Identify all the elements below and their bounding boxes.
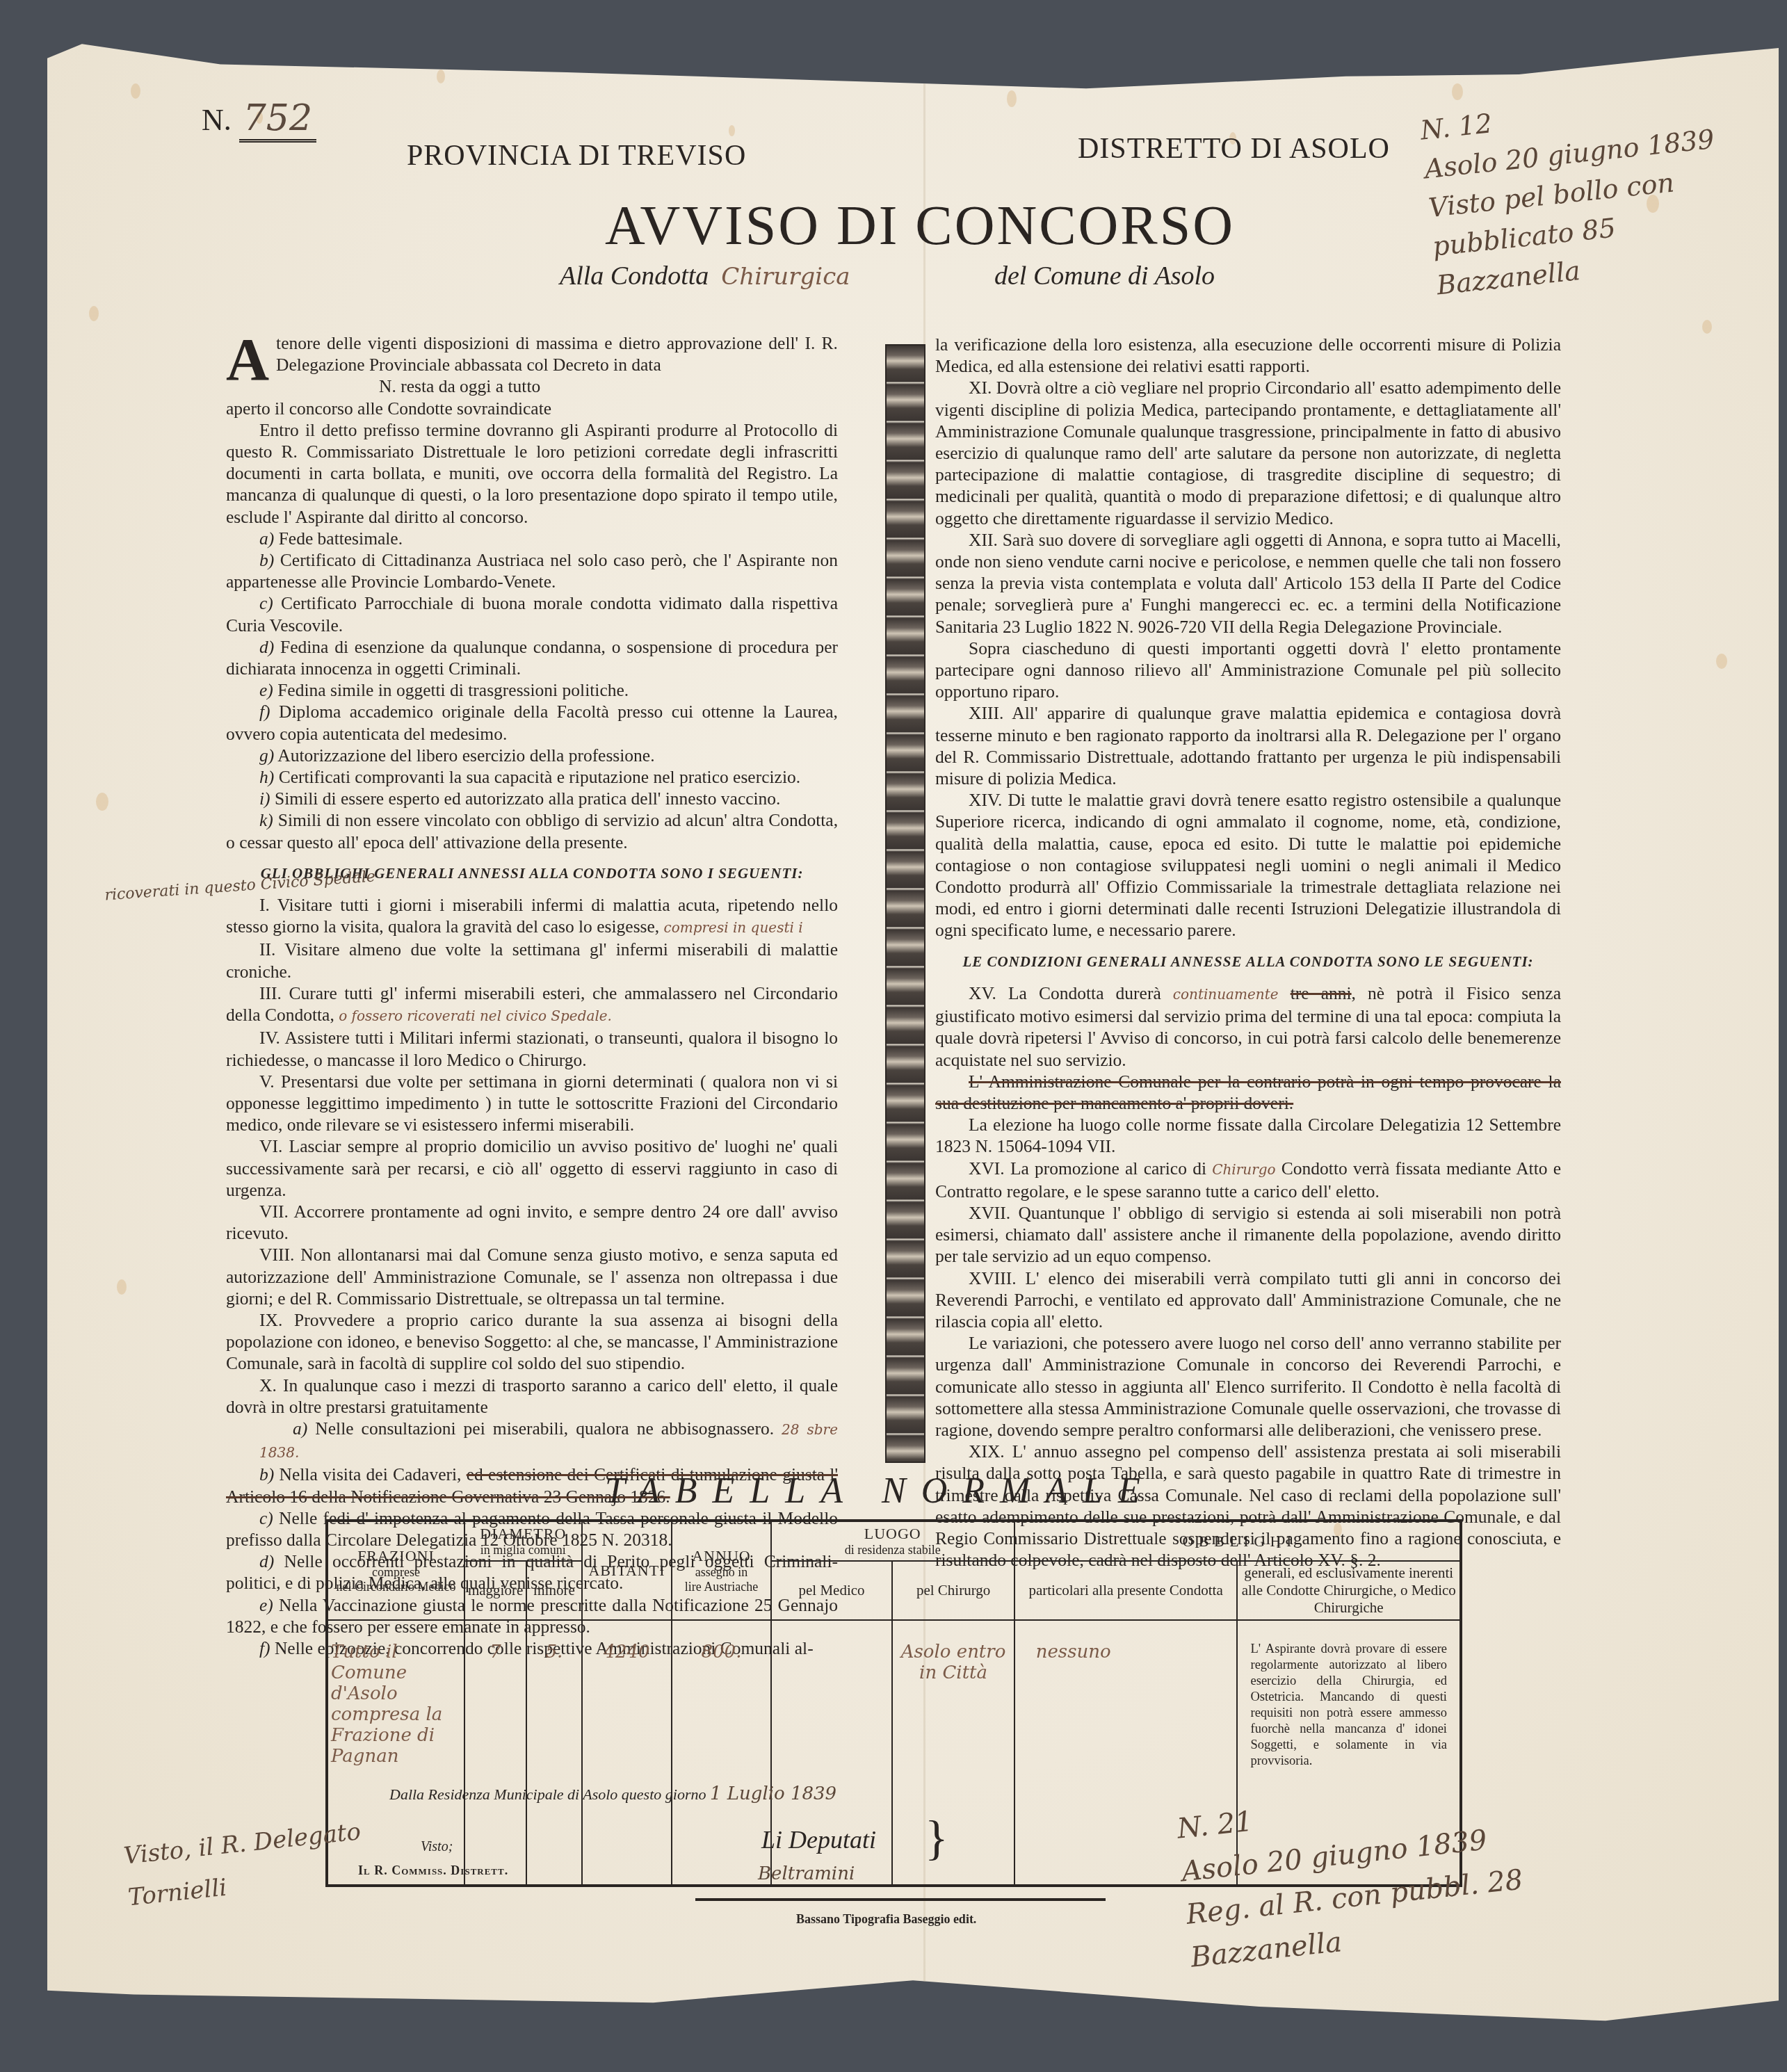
obbligo-item: I. Visitare tutti i giorni i miserabili … [226,894,838,939]
intro-paragraph: Atenore delle vigenti disposizioni di ma… [226,332,838,375]
col-annuo: ANNUO assegno in lire Austriache [672,1521,770,1620]
obbligo-item: IV. Assistere tutti i Militari infermi s… [226,1027,838,1070]
deputati-label: Li Deputati [761,1825,876,1854]
condizione-item: XVI. La promozione al carico di Chirurgo… [935,1158,1561,1202]
obbligo-item: V. Presentarsi due volte per settimana i… [226,1071,838,1136]
obbligo-item: XI. Dovrà oltre a ciò vegliare nel propr… [935,377,1561,528]
cell-pel-chirurgo: Asolo entro in Città [892,1620,1014,1886]
condizioni-heading: LE CONDIZIONI GENERALI ANNESSE ALLA COND… [935,951,1561,973]
commissario-label: Il R. Commiss. Distrett. [358,1863,508,1878]
handwritten-annotation: o fossero ricoverati nel civico Spedale. [339,1007,612,1024]
handwritten-annotation: compresi in questi i [664,919,803,936]
doc-item: g) Autorizzazione del libero esercizio d… [226,745,838,766]
printer-imprint: Bassano Tipografia Baseggio edit. [796,1912,976,1927]
obbligo-item: III. Curare tutti gl' infermi miserabili… [226,982,838,1027]
col-obblighi: O B B L I G H I [1014,1521,1461,1561]
drop-cap: A [226,335,269,384]
obbligo-item: VII. Accorrere prontamente ad ogni invit… [226,1201,838,1244]
col-frazioni: FRAZIONI comprese nel Circondario Medico [327,1521,464,1620]
col-luogo: LUOGO di residenza stabile [771,1521,1014,1561]
deputati-signature: Beltramini [758,1863,855,1884]
document-number: N. 752 [202,97,316,139]
subtitle-comune: del Comune di Asolo [994,261,1215,291]
obbligo-item: Sopra ciascheduno di questi importanti o… [935,638,1561,703]
doc-item: h) Certificati comprovanti la sua capaci… [226,766,838,788]
document-number-value: 752 [239,97,316,143]
right-column: la verificazione della loro esistenza, a… [935,334,1561,1571]
doc-item: d) Fedina di esenzione da qualunque cond… [226,636,838,679]
page-title: AVVISO DI CONCORSO [605,195,1235,258]
obbligo-item: XIII. All' apparire di qualunque grave m… [935,702,1561,789]
obbligo-item: II. Visitare almeno due volte la settima… [226,939,838,982]
col-abitanti: ABITANTI [582,1521,672,1620]
doc-item: f) Diploma accademico originale della Fa… [226,701,838,744]
condizione-item: XV. La Condotta durerà continuamente tre… [935,982,1561,1071]
doc-item: e) Fedina simile in oggetti di trasgress… [226,679,838,701]
cell-abitanti: 4240 [582,1620,672,1886]
condizione-item: XVIII. L' elenco dei miserabili verrà co… [935,1268,1561,1333]
doc-item: k) Simili di non essere vincolato con ob… [226,809,838,852]
x-item: a) Nelle consultazioni pei miserabili, q… [226,1418,838,1464]
subtitle-handwritten: Chirurgica [721,263,850,291]
obbligo-item: IX. Provvedere a proprio carico durante … [226,1309,838,1375]
dalla-residenza-line: Dalla Residenza Municipale di Asolo ques… [389,1783,836,1804]
doc-item: c) Certificato Parrocchiale di buona mor… [226,592,838,636]
district-heading: DISTRETTO DI ASOLO [1078,132,1390,165]
doc-item: b) Certificato di Cittadinanza Austriaca… [226,549,838,592]
handwritten-date: 1 Luglio 1839 [710,1783,836,1804]
obbligo-item: XII. Sarà suo dovere di sorvegliare agli… [935,529,1561,638]
brace-glyph: } [925,1815,948,1863]
ornamental-divider [885,344,925,1463]
tabella-title: TABELLA NORMALE [605,1471,1156,1512]
divider-rule [695,1898,1106,1901]
bottom-right-handwritten-note: N. 21 Asolo 20 giugno 1839 Reg. al R. co… [1175,1772,1530,1979]
obbligo-item: X. In qualunque caso i mezzi di trasport… [226,1375,838,1418]
condizione-item: La elezione ha luogo colle norme fissate… [935,1114,1561,1157]
doc-item: i) Simili di essere esperto ed autorizza… [226,788,838,809]
cell-annuo: 800. [672,1620,770,1886]
left-column: Atenore delle vigenti disposizioni di ma… [226,332,838,1659]
doc-item: a) Fede battesimale. [226,528,838,549]
obbligo-item: XIV. Di tutte le malattie gravi dovrà te… [935,789,1561,941]
condizione-item: XVII. Quantunque l' obbligo di servigio … [935,1202,1561,1268]
condizione-item: Le variazioni, che potessero avere luogo… [935,1332,1561,1441]
cell-maggiore: 7 [464,1620,526,1886]
obbligo-item: VIII. Non allontanarsi mai dal Comune se… [226,1244,838,1309]
province-heading: PROVINCIA DI TREVISO [407,139,746,172]
top-right-handwritten-note: N. 12 Asolo 20 giugno 1839 Visto pel bol… [1418,73,1787,305]
cell-minore: 5. [526,1620,581,1886]
visto-label: Visto; [421,1839,453,1855]
col-diametro: DIAMETRO in miglia comuni [464,1521,582,1561]
obbligo-item: VI. Lasciar sempre al proprio domicilio … [226,1135,838,1201]
subtitle-condotta: Alla CondottaChirurgica [560,261,850,291]
struck-paragraph: L' Amministrazione Comunale per la contr… [935,1071,1561,1114]
